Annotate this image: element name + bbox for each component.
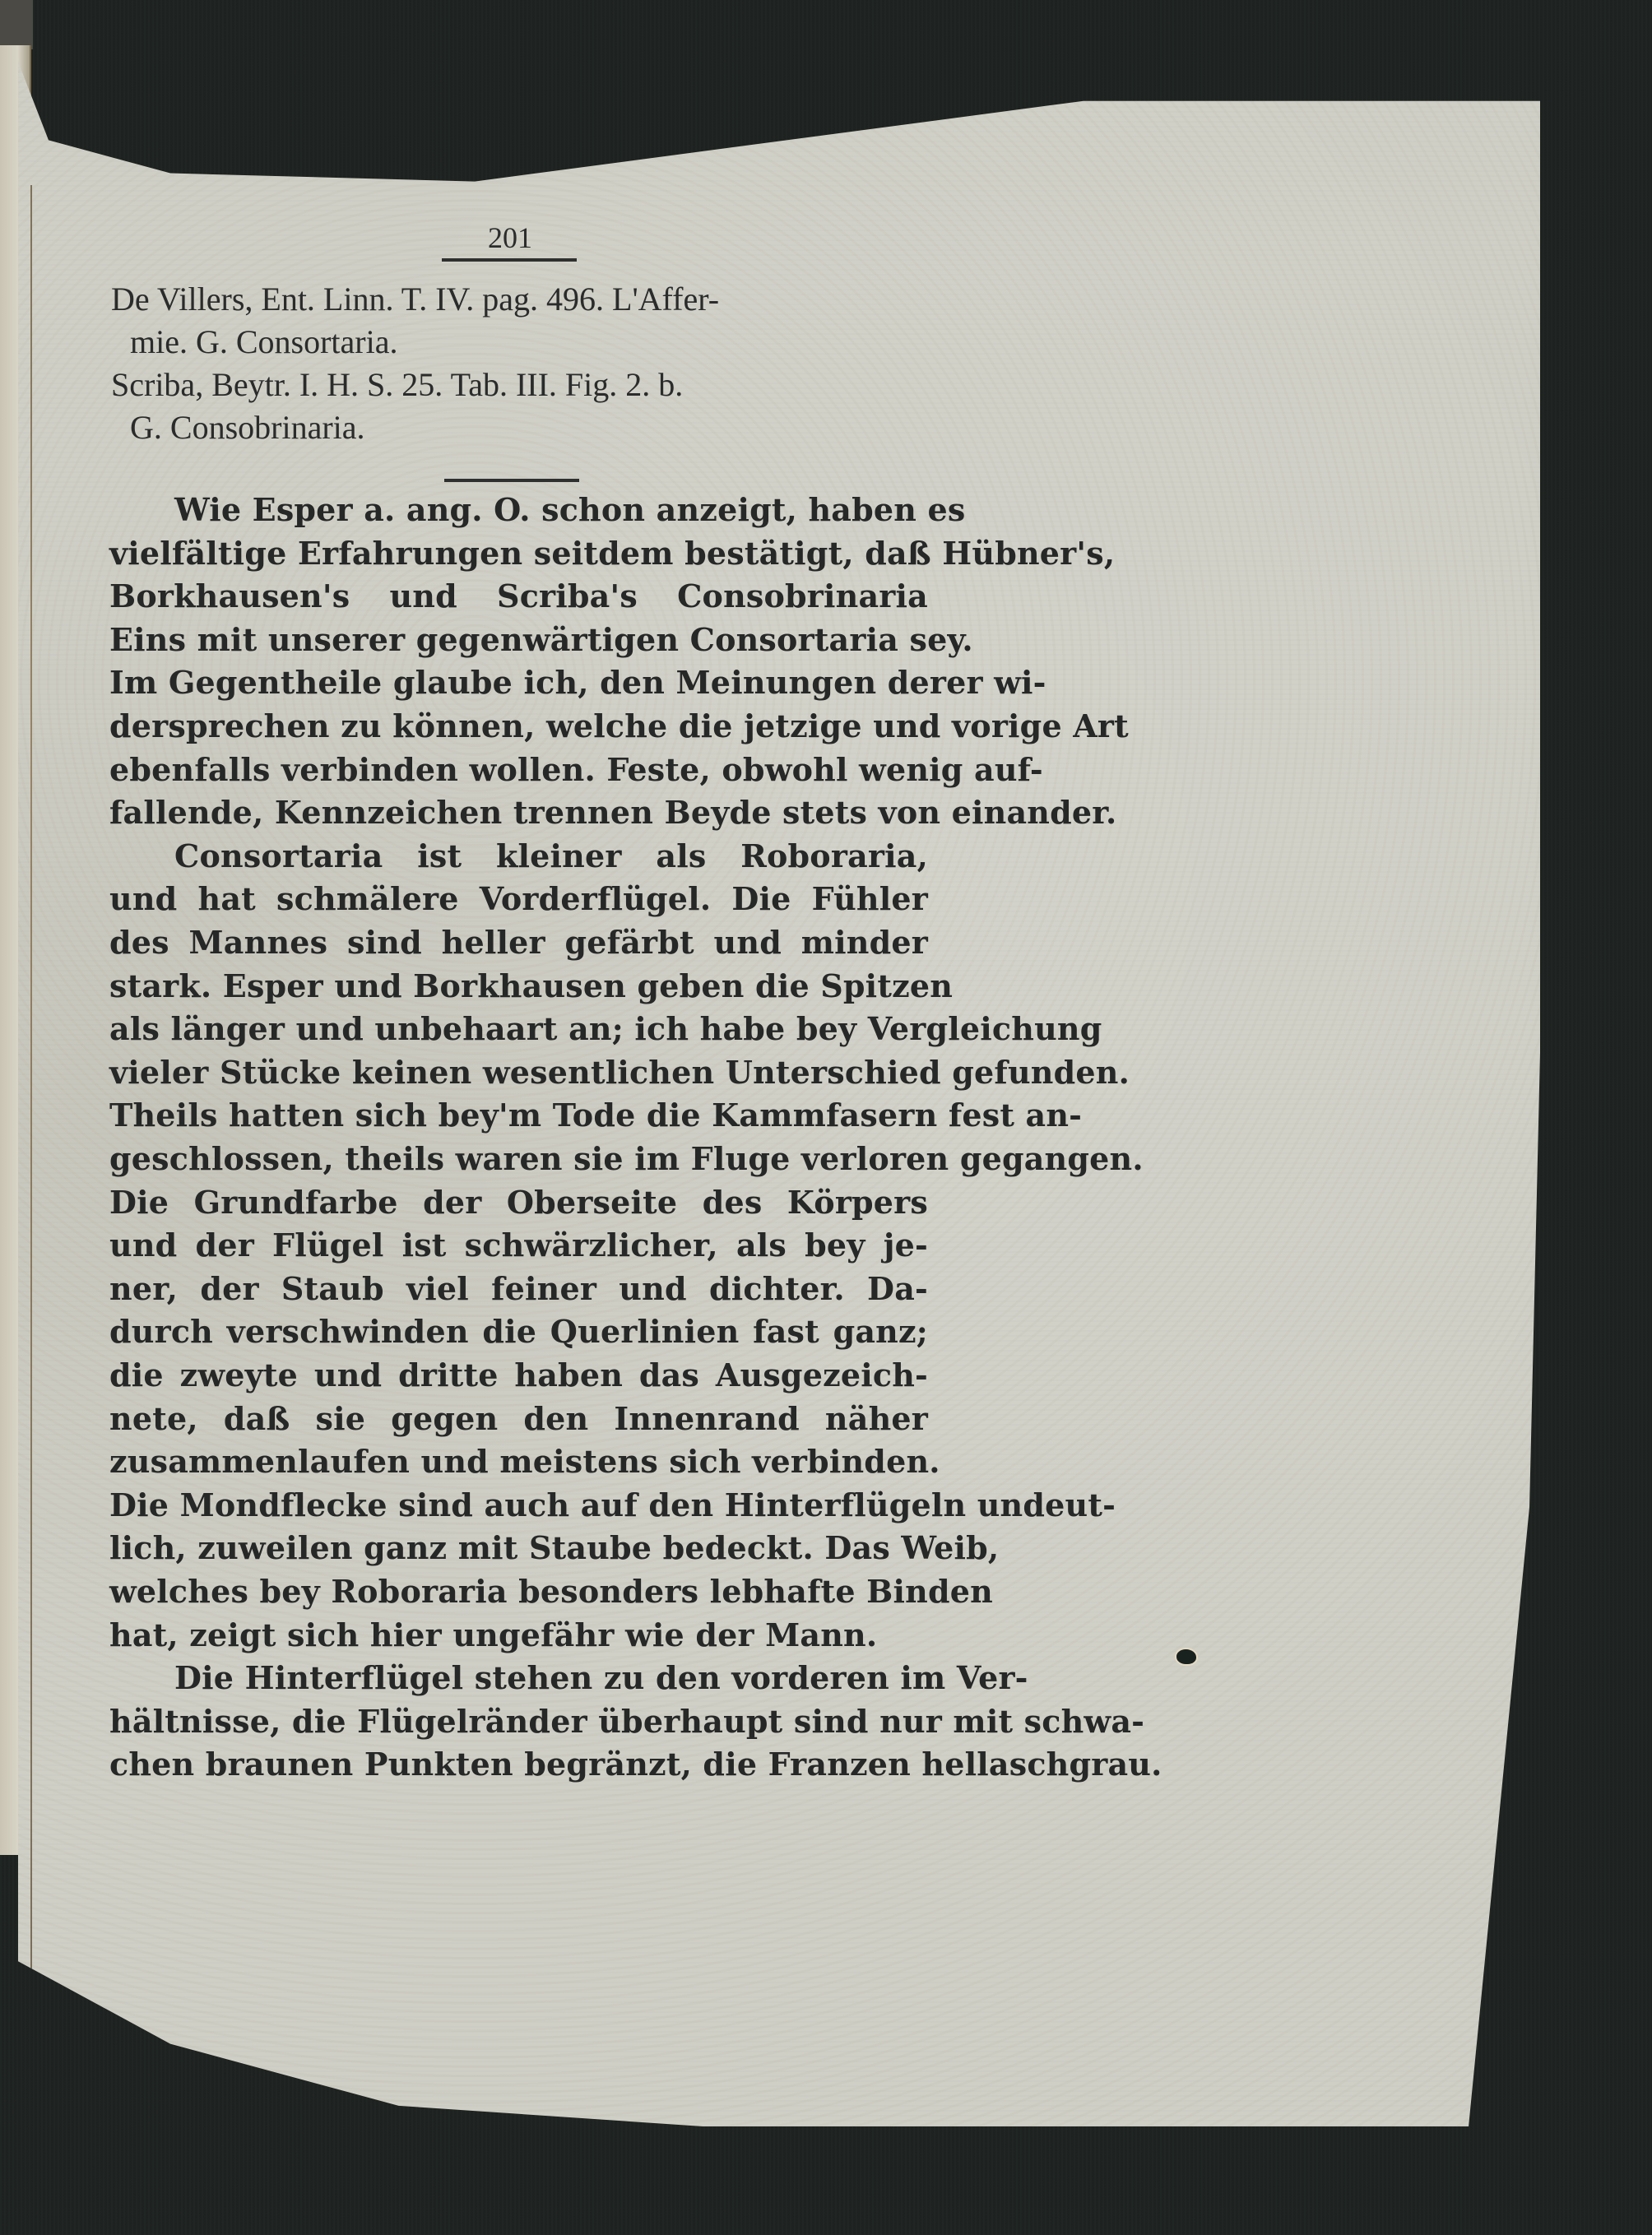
text-line: Eins mit unserer gegenwärtigen Consortar… (109, 621, 928, 658)
text-line: dersprechen zu können, welche die jetzig… (109, 707, 928, 744)
text-line: die zweyte und dritte haben das Ausgezei… (109, 1356, 928, 1393)
text-line: Borkhausen's und Scriba's Consobrinaria (109, 577, 928, 614)
text-line: nete, daß sie gegen den Innenrand näher (109, 1400, 928, 1437)
text-line: und der Flügel ist schwärzlicher, als be… (109, 1226, 928, 1264)
text-line: Die Grundfarbe der Oberseite des Körpers (109, 1184, 928, 1221)
text-line: lich, zuweilen ganz mit Staube bedeckt. … (109, 1529, 928, 1566)
text-line: Die Mondflecke sind auch auf den Hinterf… (109, 1486, 928, 1523)
paper-hole (1176, 1649, 1196, 1664)
text-line: des Mannes sind heller gefärbt und minde… (109, 924, 928, 961)
text-line: fallende, Kennzeichen trennen Beyde stet… (109, 794, 928, 831)
text-line: hat, zeigt sich hier ungefähr wie der Ma… (109, 1616, 928, 1653)
page-number: 201 (481, 220, 539, 255)
reference-line: mie. G. Consortaria. (130, 322, 398, 361)
text-line: stark. Esper und Borkhausen geben die Sp… (109, 967, 928, 1004)
text-line: als länger und unbehaart an; ich habe be… (109, 1010, 928, 1047)
text-line: Im Gegentheile glaube ich, den Meinungen… (109, 664, 928, 701)
header-rule (442, 258, 577, 262)
gutter-fold (30, 185, 32, 2118)
text-line: Theils hatten sich bey'm Tode die Kammfa… (109, 1097, 928, 1134)
binding-shadow (0, 0, 33, 49)
text-line: ebenfalls verbinden wollen. Feste, obwoh… (109, 751, 928, 788)
text-line: und hat schmälere Vorderflügel. Die Fühl… (109, 880, 928, 917)
text-line: welches bey Roboraria besonders lebhafte… (109, 1573, 928, 1610)
text-line: Die Hinterflügel stehen zu den vorderen … (174, 1659, 928, 1696)
reference-line: Scriba, Beytr. I. H. S. 25. Tab. III. Fi… (111, 365, 683, 404)
text-line: chen braunen Punkten begränzt, die Franz… (109, 1746, 928, 1783)
text-line: hältnisse, die Flügelränder überhaupt si… (109, 1703, 928, 1740)
reference-line: De Villers, Ent. Linn. T. IV. pag. 496. … (111, 280, 719, 318)
text-line: vieler Stücke keinen wesentlichen Unters… (109, 1054, 928, 1091)
reference-line: G. Consobrinaria. (130, 408, 365, 447)
text-line: durch verschwinden die Querlinien fast g… (109, 1313, 928, 1350)
text-line: zusammenlaufen und meistens sich verbind… (109, 1443, 928, 1480)
text-line: ner, der Staub viel feiner und dichter. … (109, 1270, 928, 1307)
text-line: Wie Esper a. ang. O. schon anzeigt, habe… (174, 491, 928, 528)
text-line: geschlossen, theils waren sie im Fluge v… (109, 1140, 928, 1177)
text-line: vielfältige Erfahrungen seitdem bestätig… (109, 535, 928, 572)
section-separator (444, 479, 579, 482)
text-line: Consortaria ist kleiner als Roboraria, (174, 837, 928, 874)
